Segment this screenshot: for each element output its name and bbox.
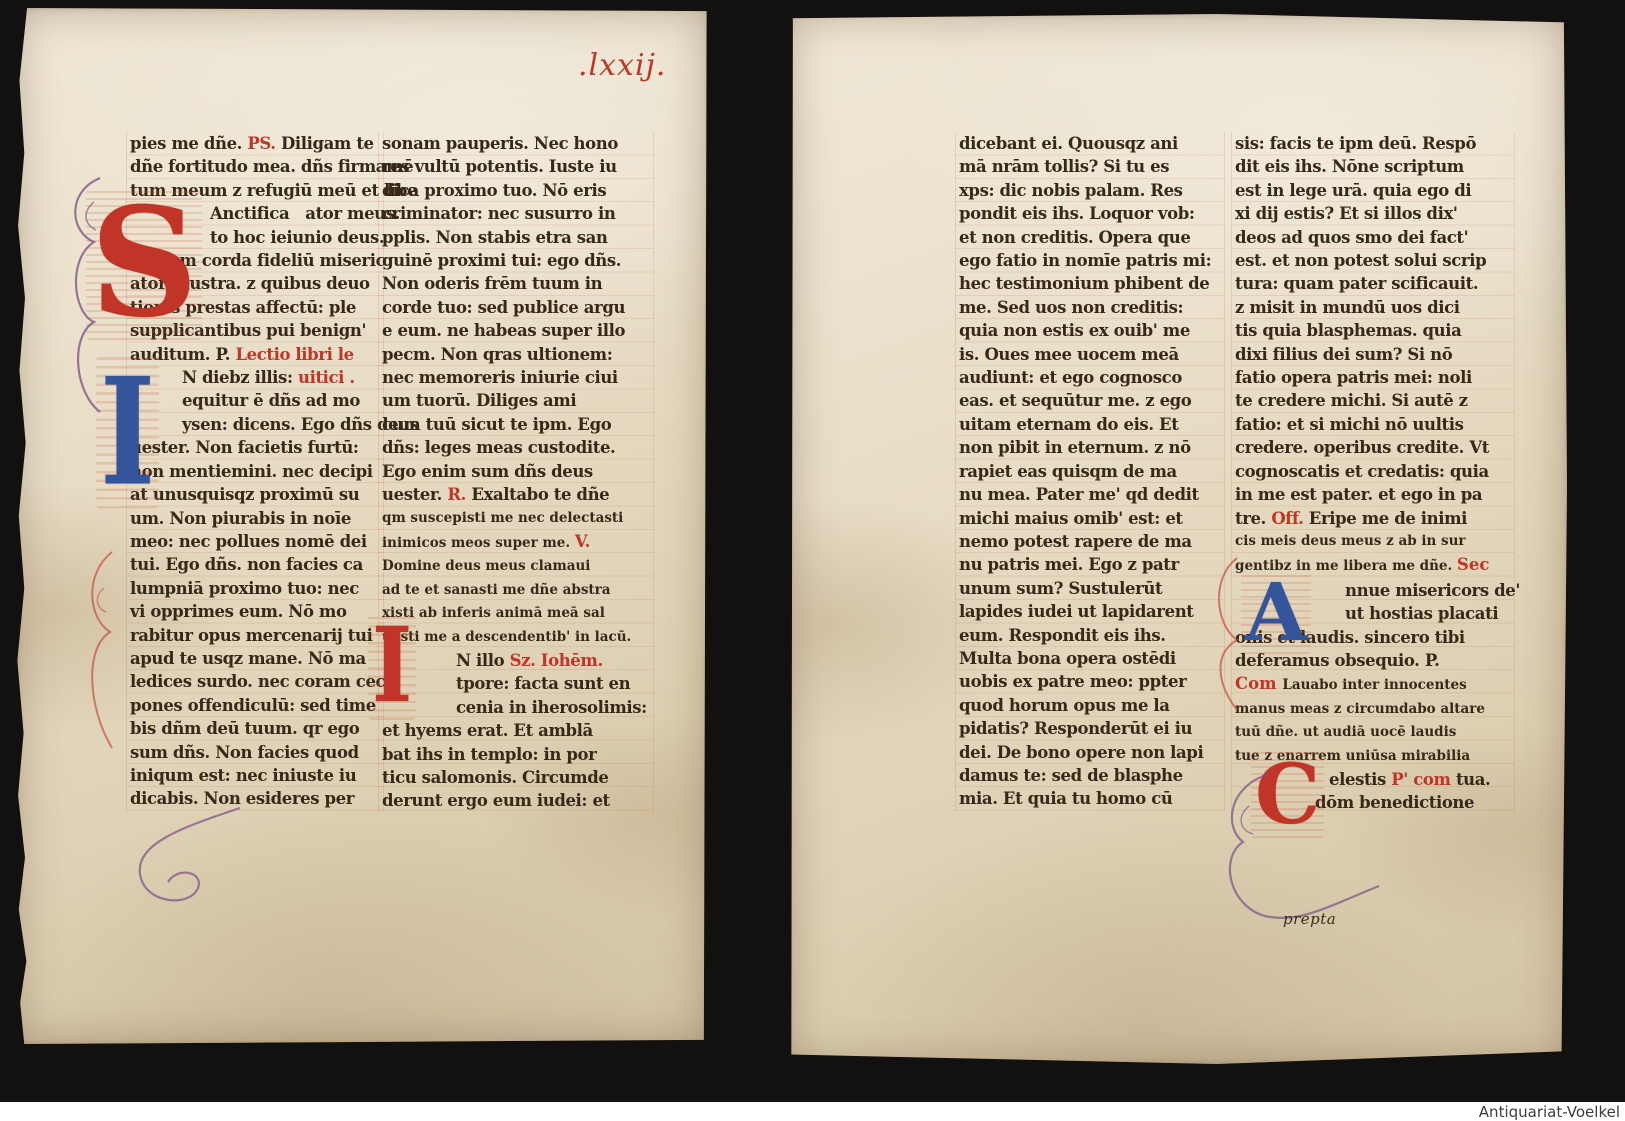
text-line: audiunt: et ego cognosco [959,366,1221,389]
text-line: apud te usqz mane. Nō ma [130,647,380,670]
text-line: dica proximo tuo. Nō eris [382,179,650,202]
text-line: equitur ē dñs ad mo [130,389,380,412]
manuscript-page-right: dicebant ei. Quousqz animā nrām tollis? … [789,14,1567,1064]
text-line: credere. operibus credite. Vt [1235,436,1511,459]
text-line: rapiet eas quisqm de ma [959,460,1221,483]
text-line: nu patris mei. Ego z patr [959,553,1221,576]
text-line: N diebz illis: uitici . [130,366,380,389]
text-line: dicabis. Non esideres per [130,787,380,810]
text-line: um tuorū. Diliges ami [382,389,650,412]
text-line: uobis ex patre meo: ppter [959,670,1221,693]
text-line: bis dñm deū tuum. qr ego [130,717,380,740]
text-line: vi opprimes eum. Nō mo [130,600,380,623]
text-line: dñs: leges meas custodite. [382,436,650,459]
text-line: Com Lauabo inter innocentes [1235,672,1511,697]
text-line: sum dñs. Non facies quod [130,741,380,764]
text-line: e eum. ne habeas super illo [382,319,650,342]
text-line: fatio opera patris mei: noli [1235,366,1511,389]
text-line: quia non estis ex ouib' me [959,319,1221,342]
illuminated-initial-I-red: I [368,612,416,720]
text-line: dei. De bono opere non lapi [959,741,1221,764]
text-line: est. et non potest solui scrip [1235,249,1511,272]
text-line: mia. Et quia tu homo cū [959,787,1221,810]
right-page-column-b: sis: facis te ipm deū. Respōdit eis ihs.… [1231,132,1515,815]
text-line: cognoscatis et credatis: quia [1235,460,1511,483]
left-page-column-b: sonam pauperis. Nec honores vultū potent… [378,132,654,813]
text-line: xps: dic nobis palam. Res [959,179,1221,202]
text-line: dit eis ihs. Nōne scriptum [1235,155,1511,178]
text-line: dixi filius dei sum? Si nō [1235,343,1511,366]
penwork-swash-purple [120,804,270,934]
text-line: cenia in iherosolimis: [382,696,650,719]
text-line: hec testimonium phibent de [959,272,1221,295]
text-line: tpore: facta sunt en [382,672,650,695]
text-line: criminator: nec susurro in [382,202,650,225]
catchword: prepta [1283,910,1336,928]
text-line: iniqum est: nec iniuste iu [130,764,380,787]
text-line: tre. Off. Eripe me de inimi [1235,507,1511,530]
text-line: ysen: dicens. Ego dñs deus [130,413,380,436]
text-line: fatio: et si michi nō uultis [1235,413,1511,436]
text-line: me. Sed uos non creditis: [959,296,1221,319]
text-line: xi dij estis? Et si illos dix' [1235,202,1511,225]
text-line: um. Non piurabis in noīe [130,507,380,530]
text-line: at unusquisqz proximū su [130,483,380,506]
text-line: nemo potest rapere de ma [959,530,1221,553]
text-line: bat ihs in templo: in por [382,743,650,766]
text-line: non pibit in eternum. z nō [959,436,1221,459]
text-line: meo: nec pollues nomē dei [130,530,380,553]
text-line: ticu salomonis. Circumde [382,766,650,789]
text-line: ad te et sanasti me dñe abstra [382,579,650,602]
watermark-strip: Antiquariat-Voelkel [0,1102,1625,1121]
text-line: in me est pater. et ego in pa [1235,483,1511,506]
text-line: cis meis deus meus z ab in sur [1235,530,1511,553]
text-line: et non creditis. Opera que [959,226,1221,249]
text-line: is. Oues mee uocem meā [959,343,1221,366]
penwork-flourish-red [74,548,124,758]
text-line: nec memoreris iniurie ciui [382,366,650,389]
text-line: michi maius omib' est: et [959,507,1221,530]
text-line: corde tuo: sed publice argu [382,296,650,319]
text-line: tura: quam pater scificauit. [1235,272,1511,295]
text-line: tui. Ego dñs. non facies ca [130,553,380,576]
text-line: quod horum opus me la [959,694,1221,717]
text-line: ego fatio in nomīe patris mi: [959,249,1221,272]
text-line: sis: facis te ipm deū. Respō [1235,132,1511,155]
text-line: pidatis? Responderūt ei iu [959,717,1221,740]
text-line: pies me dñe. PS. Diligam te [130,132,380,155]
text-line: guinē proximi tui: ego dñs. [382,249,650,272]
text-line: uitam eternam do eis. Et [959,413,1221,436]
text-line: pplis. Non stabis etra san [382,226,650,249]
text-line: inimicos meos super me. V. [382,530,650,555]
text-line: deos ad quos smo dei fact' [1235,226,1511,249]
illuminated-initial-I-blue: I [96,356,159,509]
text-line: tis quia blasphemas. quia [1235,319,1511,342]
text-line: tuū dñe. ut audiā uocē laudis [1235,721,1511,744]
manuscript-page-left: .lxxij. pies me dñe. PS. Diligam tedñe f… [16,8,708,1044]
text-line: unum sum? Sustulerūt [959,577,1221,600]
text-line: Multa bona opera ostēdi [959,647,1221,670]
text-line: N illo Sz. Iohēm. [382,649,650,672]
text-line: manus meas z circumdabo altare [1235,698,1511,721]
text-line: eum. Respondit eis ihs. [959,624,1221,647]
text-line: nu mea. Pater me' qd dedit [959,483,1221,506]
text-line: res vultū potentis. Iuste iu [382,155,650,178]
text-line: Ego enim sum dñs deus [382,460,650,483]
text-line: rabitur opus mercenarij tui [130,624,380,647]
text-line: pecm. Non qras ultionem: [382,343,650,366]
text-line: uester. Non facietis furtū: [130,436,380,459]
text-line: lapides iudei ut lapidarent [959,600,1221,623]
text-line: uasti me a descendentib' in lacū. [382,626,650,649]
text-line: uester. R. Exaltabo te dñe [382,483,650,506]
text-line: damus te: sed de blasphe [959,764,1221,787]
illuminated-initial-A: A [1241,570,1311,654]
text-line: sonam pauperis. Nec hono [382,132,650,155]
text-line: qm suscepisti me nec delectasti [382,507,650,530]
text-line: cum tuū sicut te ipm. Ego [382,413,650,436]
text-line: lumpniā proximo tuo: nec [130,577,380,600]
text-line: xisti ab inferis animā meā sal [382,602,650,625]
text-line: dicebant ei. Quousqz ani [959,132,1221,155]
text-line: pones offendiculū: sed time [130,694,380,717]
text-line: et hyems erat. Et amblā [382,719,650,742]
text-line: mā nrām tollis? Si tu es [959,155,1221,178]
text-line: Domine deus meus clamaui [382,555,650,578]
text-line: non mentiemini. nec decipi [130,460,380,483]
text-line: eas. et sequūtur me. z ego [959,389,1221,412]
text-line: derunt ergo eum iudei: et [382,789,650,812]
manuscript-photo: .lxxij. pies me dñe. PS. Diligam tedñe f… [0,0,1625,1121]
watermark-text: Antiquariat-Voelkel [1479,1103,1620,1121]
text-line: te credere michi. Si autē z [1235,389,1511,412]
text-line: pondit eis ihs. Loquor vob: [959,202,1221,225]
text-line: ledices surdo. nec coram ceco [130,670,380,693]
illuminated-initial-S: S [86,186,202,340]
text-line: z misit in mundū uos dici [1235,296,1511,319]
illuminated-initial-C: C [1251,752,1324,838]
text-line: est in lege urā. quia ego di [1235,179,1511,202]
right-page-column-a: dicebant ei. Quousqz animā nrām tollis? … [955,132,1225,811]
text-line: Non oderis frēm tuum in [382,272,650,295]
folio-number: .lxxij. [578,48,666,83]
